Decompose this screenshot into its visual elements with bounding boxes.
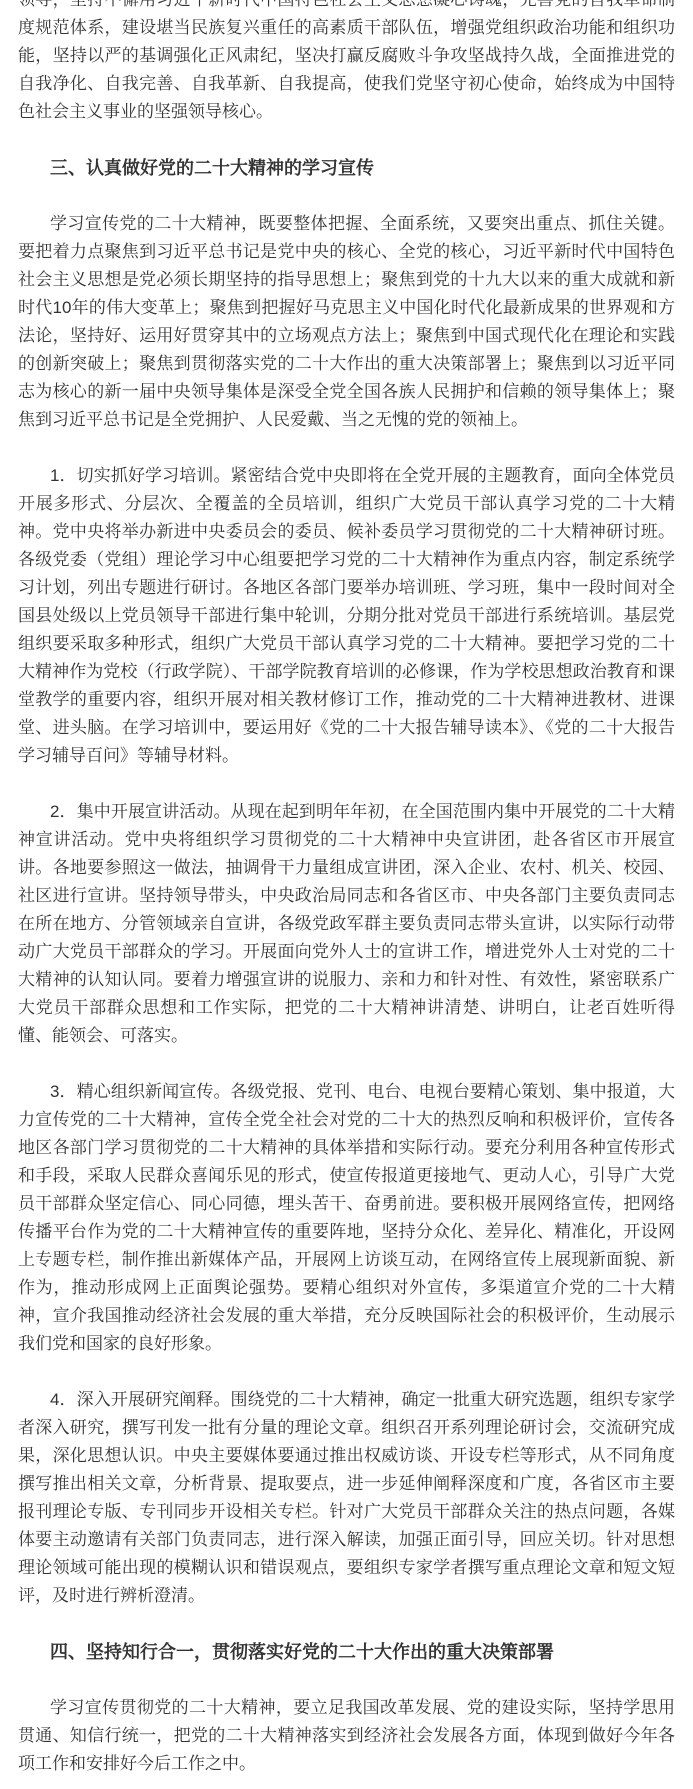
paragraph-leadership-continuation: 领导，坚持不懈用习近平新时代中国特色社会主义思想凝心铸魂，完善党的自我革命制度规… — [18, 0, 675, 126]
paragraph-item-3-news-publicity: 3．精心组织新闻宣传。各级党报、党刊、电台、电视台要精心策划、集中报道，大力宣传… — [18, 1078, 675, 1358]
paragraph-implementation: 学习宣传贯彻党的二十大精神，要立足我国改革发展、党的建设实际，坚持学思用贯通、知… — [18, 1694, 675, 1778]
paragraph-focus-points: 学习宣传党的二十大精神，既要整体把握、全面系统，又要突出重点、抓住关键。要把着力… — [18, 210, 675, 434]
section-heading-four: 四、坚持知行合一，贯彻落实好党的二十大作出的重大决策部署 — [18, 1638, 675, 1666]
paragraph-item-1-study-training: 1．切实抓好学习培训。紧密结合党中央即将在全党开展的主题教育，面向全体党员开展多… — [18, 462, 675, 770]
document-body: 领导，坚持不懈用习近平新时代中国特色社会主义思想凝心铸魂，完善党的自我革命制度规… — [0, 0, 693, 1778]
paragraph-item-4-research-interpretation: 4．深入开展研究阐释。围绕党的二十大精神，确定一批重大研究选题，组织专家学者深入… — [18, 1386, 675, 1610]
paragraph-item-2-lecture-tours: 2．集中开展宣讲活动。从现在起到明年年初，在全国范围内集中开展党的二十大精神宣讲… — [18, 798, 675, 1050]
section-heading-three: 三、认真做好党的二十大精神的学习宣传 — [18, 154, 675, 182]
